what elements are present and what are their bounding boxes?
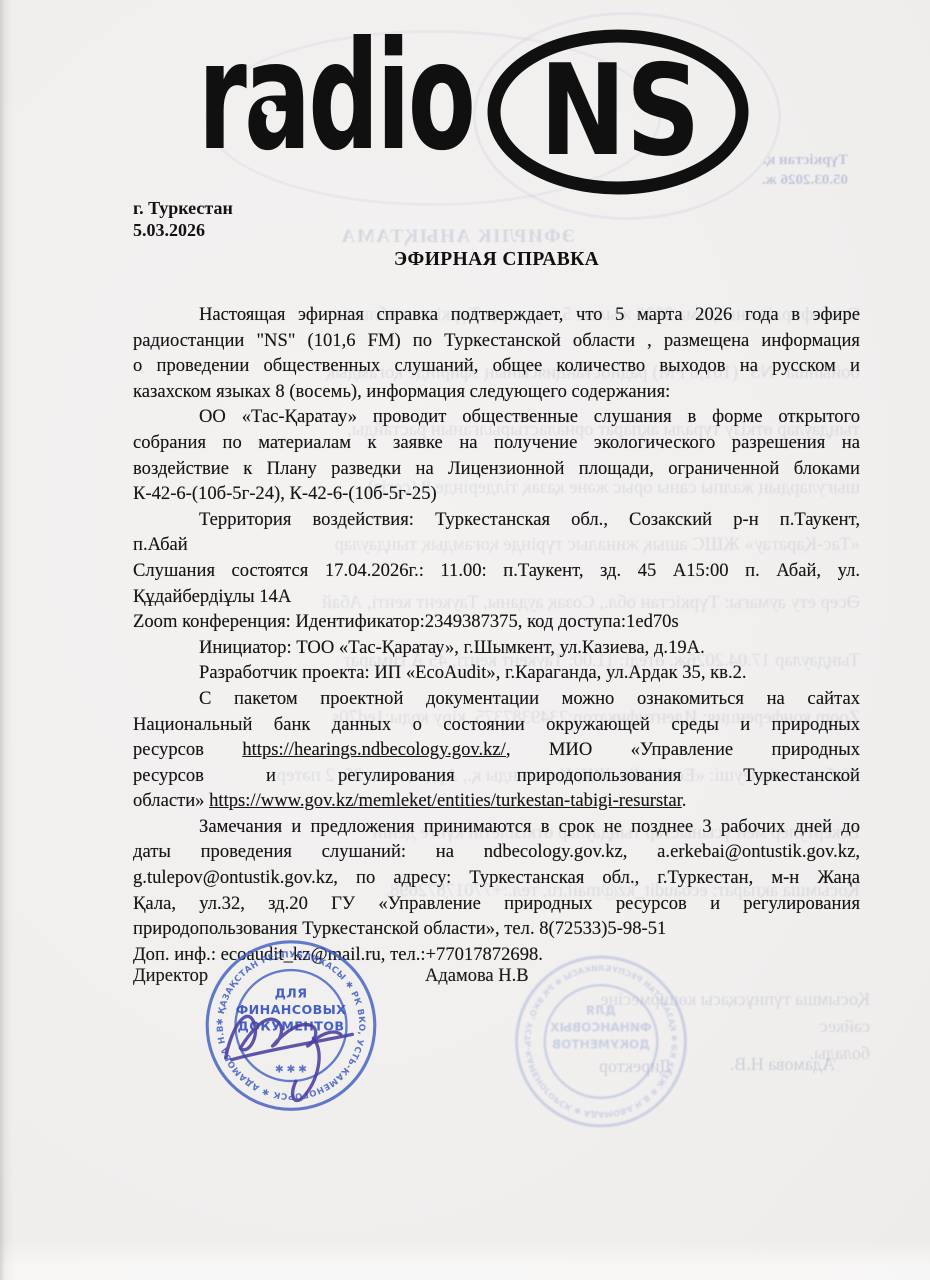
logo-word-ns: NS [540, 38, 701, 185]
signature-role: Директор [133, 966, 208, 987]
body-line: радиостанции "NS" (101,6 FM) по Туркеста… [133, 328, 860, 354]
body-line: С пакетом проектной документации можно о… [133, 686, 860, 712]
text-segment: , МИО «Управление природных [506, 739, 860, 760]
vinyl-dot-icon [335, 101, 350, 116]
text-segment: Национальный банк данных о состоянии окр… [133, 714, 860, 735]
text-segment: Замечания и предложения принимаются в ср… [199, 816, 860, 837]
vinyl-dot-icon [433, 101, 448, 116]
document-title: ЭФИРНАЯ СПРАВКА [133, 249, 860, 271]
text-segment: собрания по материалам к заявке на получ… [133, 432, 860, 453]
text-segment: . [682, 790, 687, 811]
stamp-center-line: ФИНАНСОВЫХ [236, 1002, 347, 1017]
body-line: g.tulepov@ontustik.gov.kz, по адресу: Ту… [133, 865, 860, 891]
text-segment: Инициатор: ТОО «Тас-Қаратау», г.Шымкент,… [199, 637, 705, 658]
text-segment: ресурсов и регулирования природопользова… [133, 765, 860, 786]
bleedthrough-stamp: ✱ ҚАЗАҚСТАН РЕСПУБЛИКАСЫ ✱ РК ВКО, УСТЬ-… [505, 946, 697, 1142]
text-segment: Территория воздействия: Туркестанская об… [199, 509, 860, 530]
document-city: г. Туркестан [133, 197, 233, 219]
logo-word-radio: radio [198, 20, 473, 183]
text-segment: о проведении общественных слушаний, обще… [133, 355, 860, 376]
text-segment: Құдайбердіұлы 14А [133, 586, 291, 607]
text-segment: Zoom конференция: Идентификатор:23493873… [133, 611, 679, 632]
company-stamp: ✱ ҚАЗАҚСТАН РЕСПУБЛИКАСЫ ✱ РК ВКО, УСТЬ-… [198, 933, 384, 1123]
svg-text:ДЛЯ: ДЛЯ [586, 1003, 616, 1017]
text-segment: С пакетом проектной документации можно о… [199, 688, 860, 709]
link-text: https://hearings.ndbecology.gov.kz/ [242, 739, 506, 760]
document-date: 5.03.2026 [133, 219, 233, 241]
text-segment: казахском языках 8 (восемь), информация … [133, 381, 670, 402]
body-line: воздействие к Плану разведки на Лицензио… [133, 456, 860, 482]
body-line: Замечания и предложения принимаются в ср… [133, 814, 860, 840]
bleed-signature-name: Адамова Н.В. [730, 1054, 835, 1075]
stamp-center-line: ДЛЯ [275, 985, 308, 1000]
body-line: ОО «Тас-Қаратау» проводит общественные с… [133, 404, 860, 430]
body-line: о проведении общественных слушаний, обще… [133, 353, 860, 379]
svg-text:ДОКУМЕНТОВ: ДОКУМЕНТОВ [552, 1038, 650, 1052]
text-segment: радиостанции "NS" (101,6 FM) по Туркеста… [133, 330, 860, 351]
text-segment: ресурсов [133, 739, 242, 760]
body-line: Территория воздействия: Туркестанская об… [133, 507, 860, 533]
body-line: ресурсов и регулирования природопользова… [133, 763, 860, 789]
scanned-document-page: Түркістан қ. 05.03.2026 ж. ЭФИРЛІК АНЫҚТ… [0, 0, 930, 1280]
body-line: области» https://www.gov.kz/memleket/ent… [133, 788, 860, 814]
text-segment: Настоящая эфирная справка подтверждает, … [199, 304, 860, 325]
stamp-stars: ✱ ✱ ✱ [275, 1063, 307, 1075]
text-segment: К-42-6-(10б-5г-24), К-42-6-(10б-5г-25) [133, 483, 437, 504]
body-line: Национальный банк данных о состоянии окр… [133, 712, 860, 738]
body-line: казахском языках 8 (восемь), информация … [133, 379, 860, 405]
body-line: собрания по материалам к заявке на получ… [133, 430, 860, 456]
radio-ns-logo: radio NS [193, 20, 753, 195]
body-line: даты проведения слушаний: на ndbecology.… [133, 839, 860, 865]
link-text: https://www.gov.kz/memleket/entities/tur… [209, 790, 682, 811]
svg-text:ФИНАНСОВЫХ: ФИНАНСОВЫХ [550, 1020, 652, 1034]
body-line: Разработчик проекта: ИП «EcoAudit», г.Ка… [133, 660, 860, 686]
body-line: Zoom конференция: Идентификатор:23493873… [133, 609, 860, 635]
text-segment: даты проведения слушаний: на ndbecology.… [133, 841, 860, 862]
text-segment: п.Абай [133, 534, 188, 555]
body-line: п.Абай [133, 532, 860, 558]
body-line: Слушания состоятся 17.04.2026г.: 11.00: … [133, 558, 860, 584]
text-segment: Разработчик проекта: ИП «EcoAudit», г.Ка… [199, 662, 747, 683]
body-line: Инициатор: ТОО «Тас-Қаратау», г.Шымкент,… [133, 635, 860, 661]
text-segment: Слушания состоятся 17.04.2026г.: 11.00: … [133, 560, 860, 581]
text-segment: воздействие к Плану разведки на Лицензио… [133, 458, 860, 479]
text-segment: g.tulepov@ontustik.gov.kz, по адресу: Ту… [133, 867, 860, 888]
body-line: ресурсов https://hearings.ndbecology.gov… [133, 737, 860, 763]
bleed-title: ЭФИРЛІК АНЫҚТАМА [340, 226, 575, 248]
body-line: Құдайбердіұлы 14А [133, 584, 860, 610]
text-segment: ОО «Тас-Қаратау» проводит общественные с… [199, 406, 860, 427]
body-line: Қала, ул.32, зд.20 ГУ «Управление природ… [133, 891, 860, 917]
city-date-block: г. Туркестан 5.03.2026 [133, 197, 233, 241]
body-line: Настоящая эфирная справка подтверждает, … [133, 302, 860, 328]
signature-name: Адамова Н.В [425, 966, 529, 987]
body-line: К-42-6-(10б-5г-24), К-42-6-(10б-5г-25) [133, 481, 860, 507]
document-body: Настоящая эфирная справка подтверждает, … [133, 302, 860, 967]
text-segment: Қала, ул.32, зд.20 ГУ «Управление природ… [133, 893, 860, 914]
vinyl-dot-icon [262, 101, 277, 116]
text-segment: области» [133, 790, 209, 811]
